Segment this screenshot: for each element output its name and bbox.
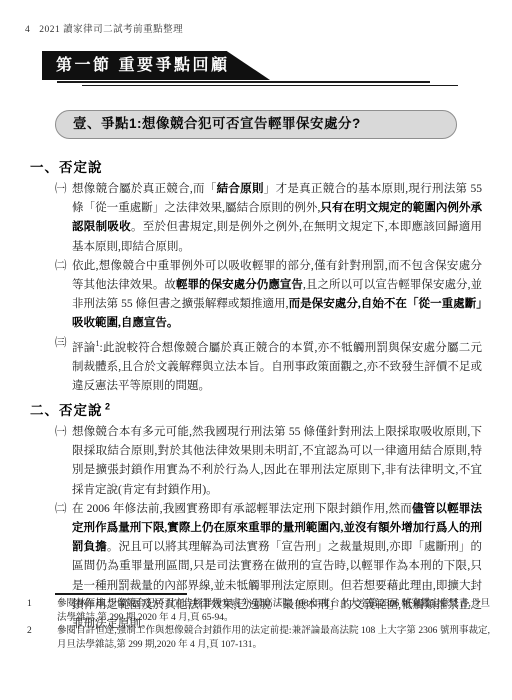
paragraph-marker: ㈠ xyxy=(55,423,67,442)
body-text: 評論 xyxy=(72,341,96,353)
paragraph-marker: ㈡ xyxy=(55,257,67,276)
paragraph: ㈠想像競合屬於真正競合,而「結合原則」才是真正競合的基本原則,現行刑法第 55 … xyxy=(55,180,482,257)
book-title: 2021 讀家律司二試考前重點整理 xyxy=(39,25,183,35)
page-header: 42021 讀家律司二試考前重點整理 xyxy=(25,21,183,35)
footnote-number: 1 xyxy=(27,598,57,612)
body-text: 想像競合本有多元可能,然我國現行刑法第 55 條僅針對刑法上限採取吸收原則,下限… xyxy=(72,426,482,496)
section-heading: 二、否定說 2 xyxy=(30,399,482,419)
footnote: 1參閱林鈺雄,想像競合犯可否宣告輕罪保安處分-最高法院 108 年度台上大字第 … xyxy=(27,598,490,625)
paragraph: ㈠想像競合本有多元可能,然我國現行刑法第 55 條僅針對刑法上限採取吸收原則,下… xyxy=(55,423,482,500)
section-heading: 一、否定說 xyxy=(30,156,482,176)
footnote-number: 2 xyxy=(27,625,57,639)
footnote: 2參閱自許恒達,強制工作與想像競合封鎖作用的法定前提:兼評論最高法院 108 上… xyxy=(27,625,490,652)
paragraph-marker: ㈠ xyxy=(55,180,67,199)
section-banner: 第一節 重要爭點回顧 xyxy=(42,51,270,80)
section-heading-label: 一、否定說 xyxy=(30,160,103,175)
content: 一、否定說㈠想像競合屬於真正競合,而「結合原則」才是真正競合的基本原則,現行刑法… xyxy=(30,153,482,634)
double-rule-bottom xyxy=(82,85,458,86)
emphasis-text: 結合原則 xyxy=(217,183,264,195)
double-rule-top xyxy=(57,81,430,83)
footnote-text: 參閱自許恒達,強制工作與想像競合封鎖作用的法定前提:兼評論最高法院 108 上大… xyxy=(57,625,490,652)
footnote-divider xyxy=(55,593,187,595)
body-text: 在 2006 年修法前,我國實務即有承認輕罪法定刑下限封鎖作用,然而 xyxy=(72,503,412,515)
paragraph: ㈡依此,想像競合中重罪例外可以吸收輕罪的部分,僅有針對刑罰,而不包含保安處分等其… xyxy=(55,257,482,334)
footnote-text: 參閱林鈺雄,想像競合犯可否宣告輕罪保安處分-最高法院 108 年度台上大字第 2… xyxy=(57,598,490,625)
paragraph-marker: ㈡ xyxy=(55,500,67,519)
paragraph-marker: ㈢ xyxy=(55,334,67,353)
paragraph: ㈢評論1:此說較符合想像競合屬於真正競合的本質,亦不牴觸刑罰與保安處分屬二元制裁… xyxy=(55,334,482,396)
emphasis-text: 輕罪的保安處分仍應宣告 xyxy=(176,279,303,291)
section-heading-label: 二、否定說 xyxy=(30,403,103,418)
issue-banner: 壹、爭點1:想像競合犯可否宣告輕罪保安處分? xyxy=(55,110,457,139)
body-text: 。至於但書規定,則是例外之例外,在無明文規定下,本即應該回歸適用基本原則,即結合… xyxy=(72,221,482,252)
page-number: 4 xyxy=(25,25,30,35)
footnotes: 1參閱林鈺雄,想像競合犯可否宣告輕罪保安處分-最高法院 108 年度台上大字第 … xyxy=(27,598,490,652)
body-text: :此說較符合想像競合屬於真正競合的本質,亦不牴觸刑罰與保安處分屬二元制裁體系,且… xyxy=(72,341,482,391)
body-text: 想像競合屬於真正競合,而「 xyxy=(72,183,217,195)
footnote-ref: 2 xyxy=(103,402,111,412)
